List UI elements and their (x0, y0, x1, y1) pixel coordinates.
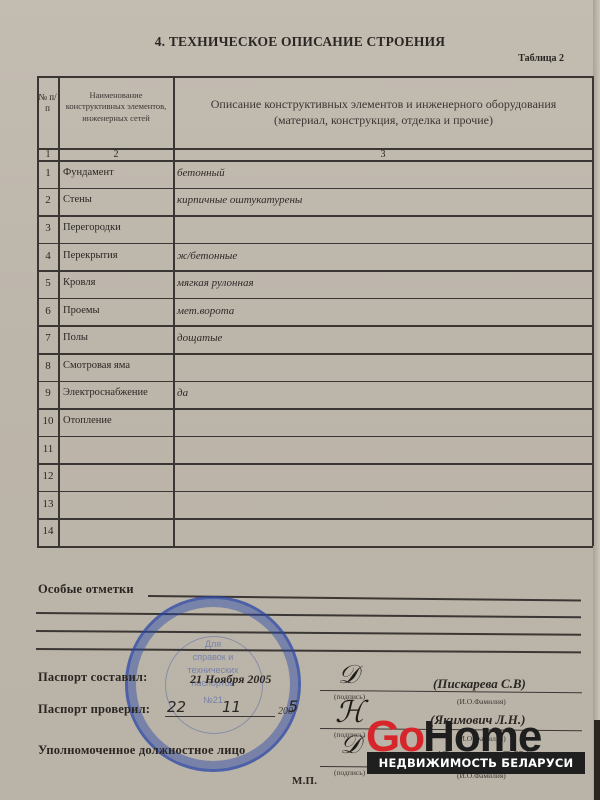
row-number: 14 (37, 525, 59, 538)
row-divider (37, 436, 593, 438)
signature-authorized: 𝒟 (340, 730, 361, 761)
row-number: 7 (37, 332, 59, 345)
row-description: дощатые (177, 332, 587, 345)
authorized-label: Уполномоченное должностное лицо (38, 743, 245, 758)
row-number: 5 (37, 277, 59, 290)
row-number: 4 (37, 250, 59, 263)
row-divider (37, 546, 593, 548)
row-number: 12 (37, 470, 59, 483)
compiled-date: 21 Ноября 2005 (190, 672, 271, 687)
row-divider (37, 325, 593, 327)
row-element-name: Проемы (63, 305, 173, 317)
row-element-name: Отопление (63, 415, 173, 427)
row-divider (37, 353, 593, 355)
row-element-name: Смотровая яма (63, 360, 173, 372)
table-label: Таблица 2 (518, 53, 564, 64)
row-description: мягкая рулонная (177, 277, 587, 290)
stamp-line: справок и (128, 652, 298, 662)
row-divider (37, 408, 593, 410)
seal-label: М.П. (292, 775, 317, 787)
row-element-name: Перегородки (63, 222, 173, 234)
row-divider (37, 243, 593, 245)
signature-checked: ℋ (335, 695, 365, 730)
header-description-line1: Описание конструктивных элементов и инже… (174, 96, 593, 112)
checked-day: 22 (167, 698, 186, 716)
background-shadow (594, 720, 600, 800)
technical-description-table: № п/ п Наименование конструктивных элеме… (37, 76, 593, 546)
row-divider (37, 463, 593, 465)
row-divider (37, 381, 593, 383)
stamp-line: №21 (128, 695, 298, 705)
column-number-1: 1 (37, 149, 59, 161)
logo-tagline: НЕДВИЖИМОСТЬ БЕЛАРУСИ (367, 752, 585, 774)
table-top-border (37, 76, 593, 78)
header-description: Описание конструктивных элементов и инже… (174, 96, 593, 128)
page-edge (593, 0, 600, 800)
checked-month: 11 (222, 698, 241, 716)
row-description: да (177, 387, 587, 400)
row-description: кирпичные оштукатурены (177, 194, 587, 207)
row-number: 13 (37, 498, 59, 511)
column-number-3: 3 (173, 149, 593, 161)
row-number: 1 (37, 167, 59, 180)
row-element-name: Кровля (63, 277, 173, 289)
row-element-name: Перекрытия (63, 250, 173, 262)
checked-year-suffix: 5 (288, 697, 298, 716)
checked-label: Паспорт проверил: (38, 702, 150, 717)
table-right-border (592, 76, 594, 546)
row-description: мет.ворота (177, 305, 587, 318)
row-divider (37, 270, 593, 272)
name-caption-1: (И.О.Фамилия) (457, 697, 506, 706)
row-divider (37, 298, 593, 300)
header-number: № п/ п (37, 92, 58, 115)
signature-caption-3: (подпись) (334, 768, 365, 777)
section-title: 4. ТЕХНИЧЕСКОЕ ОПИСАНИЕ СТРОЕНИЯ (0, 34, 600, 50)
row-number: 8 (37, 360, 59, 373)
column-number-2: 2 (59, 149, 173, 161)
row-number: 6 (37, 305, 59, 318)
header-divider (37, 148, 593, 150)
row-element-name: Фундамент (63, 167, 173, 179)
row-number: 3 (37, 222, 59, 235)
compiled-label: Паспорт составил: (38, 670, 147, 685)
signature-compiled: 𝒟 (338, 660, 359, 691)
row-number: 9 (37, 387, 59, 400)
row-divider (37, 491, 593, 493)
row-description: ж/бетонные (177, 250, 587, 263)
row-number: 2 (37, 194, 59, 207)
column-number-divider (37, 160, 593, 162)
row-element-name: Электроснабжение (63, 387, 173, 399)
row-number: 11 (37, 443, 59, 456)
date-underline (165, 716, 275, 717)
row-element-name: Полы (63, 332, 173, 344)
header-description-line2: (материал, конструкция, отделка и прочие… (174, 112, 593, 128)
header-element-name: Наименование конструктивных элементов, и… (59, 90, 173, 124)
row-number: 10 (37, 415, 59, 428)
row-divider (37, 215, 593, 217)
row-description: бетонный (177, 167, 587, 180)
column-divider-2 (173, 76, 175, 546)
compiled-by-name: (Пискарева С.В) (433, 676, 526, 692)
row-element-name: Стены (63, 194, 173, 206)
stamp-line: Для (128, 639, 298, 649)
row-divider (37, 188, 593, 190)
special-notes-label: Особые отметки (38, 582, 134, 597)
row-divider (37, 518, 593, 520)
